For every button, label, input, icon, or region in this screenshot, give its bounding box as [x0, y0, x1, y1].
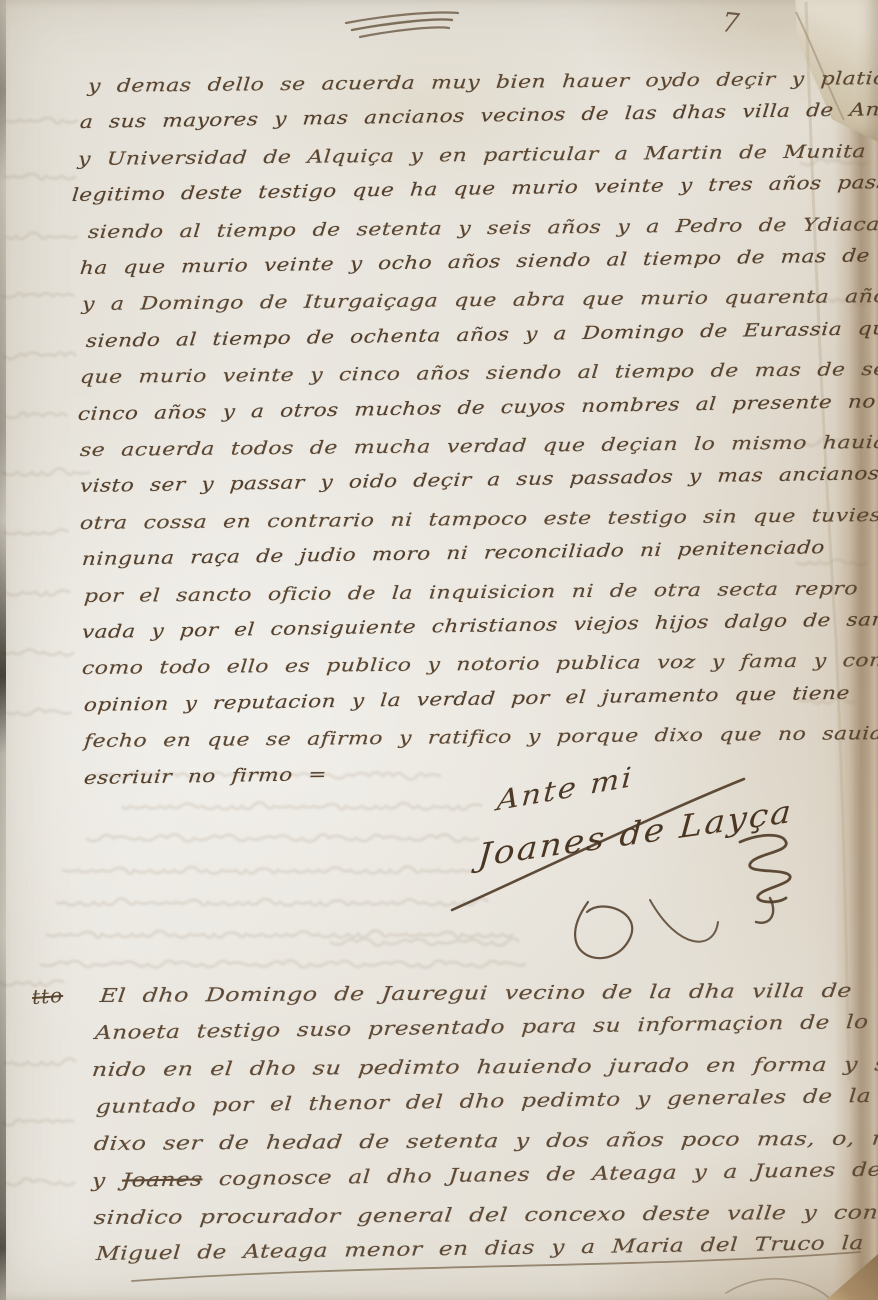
notary-attestation: Ante mi [496, 761, 635, 817]
manuscript-line: por el sancto oficio de la inquisicion n… [83, 578, 859, 607]
manuscript-line: y Universidad de Alquiça y en particular… [77, 140, 878, 170]
manuscript-line: Anoeta testigo suso presentado para su i… [94, 1010, 878, 1044]
manuscript-line: El dho Domingo de Jauregui vecino de la … [99, 980, 853, 1007]
manuscript-page: 7 y demas dello se acuerda muy bien haue… [0, 0, 878, 1300]
manuscript-line: siendo al tiempo de setenta y seis años … [87, 213, 878, 243]
manuscript-line: sindico procurador general del concexo d… [93, 1201, 878, 1229]
page-number: 7 [720, 7, 740, 40]
struck-word: Joanes [121, 1168, 203, 1191]
manuscript-line: a sus mayores y mas ancianos vecinos de … [79, 98, 878, 133]
manuscript-line: vada y por el consiguiente christianos v… [81, 609, 878, 644]
manuscript-line: dixo ser de hedad de setenta y dos años … [93, 1127, 878, 1155]
manuscript-line: siendo al tiempo de ochenta años y a Dom… [85, 317, 878, 352]
manuscript-line: escriuir no firmo = [83, 764, 328, 789]
manuscript-line: cinco años y a otros muchos de cuyos nom… [77, 391, 877, 425]
manuscript-line: fecho en que se afirmo y ratifico y porq… [83, 723, 878, 752]
manuscript-line: que murio veinte y cinco años siendo al … [79, 358, 878, 388]
manuscript-line: ninguna raça de judio moro ni reconcilia… [81, 537, 826, 570]
manuscript-line: otra cossa en contrario ni tampoco este … [79, 505, 878, 534]
manuscript-line: como todo ello es publico y notorio publ… [81, 650, 878, 679]
worn-corner [826, 1254, 878, 1300]
manuscript-line-with-strikethrough: y Joanes cognosce al dho Juanes de Ateag… [91, 1157, 878, 1192]
manuscript-line: legitimo deste testigo que ha que murio … [71, 171, 878, 206]
manuscript-line: guntado por el thenor del dho pedimto y … [95, 1084, 878, 1118]
manuscript-line: Miguel de Ateaga menor en dias y a Maria… [95, 1232, 864, 1265]
line-prefix: y [91, 1170, 122, 1192]
manuscript-line: visto ser y passar y oido deçir a sus pa… [79, 462, 878, 497]
manuscript-line: y demas dello se acuerda muy bien hauer … [87, 68, 878, 97]
manuscript-line: ha que murio veinte y ocho años siendo a… [79, 243, 878, 279]
manuscript-line: y a Domingo de Iturgaiçaga que abra que … [81, 286, 878, 315]
binding-edge [0, 0, 6, 1300]
margin-mark-testigo: tto [31, 983, 64, 1009]
manuscript-line: nido en el dho su pedimto hauiendo jurad… [91, 1053, 878, 1081]
manuscript-line: opinion y reputacion y la verdad por el … [83, 683, 851, 716]
line-rest: cognosce al dho Juanes de Ateaga y a Jua… [202, 1157, 878, 1190]
manuscript-line: se acuerda todos de mucha verdad que deç… [79, 432, 878, 461]
